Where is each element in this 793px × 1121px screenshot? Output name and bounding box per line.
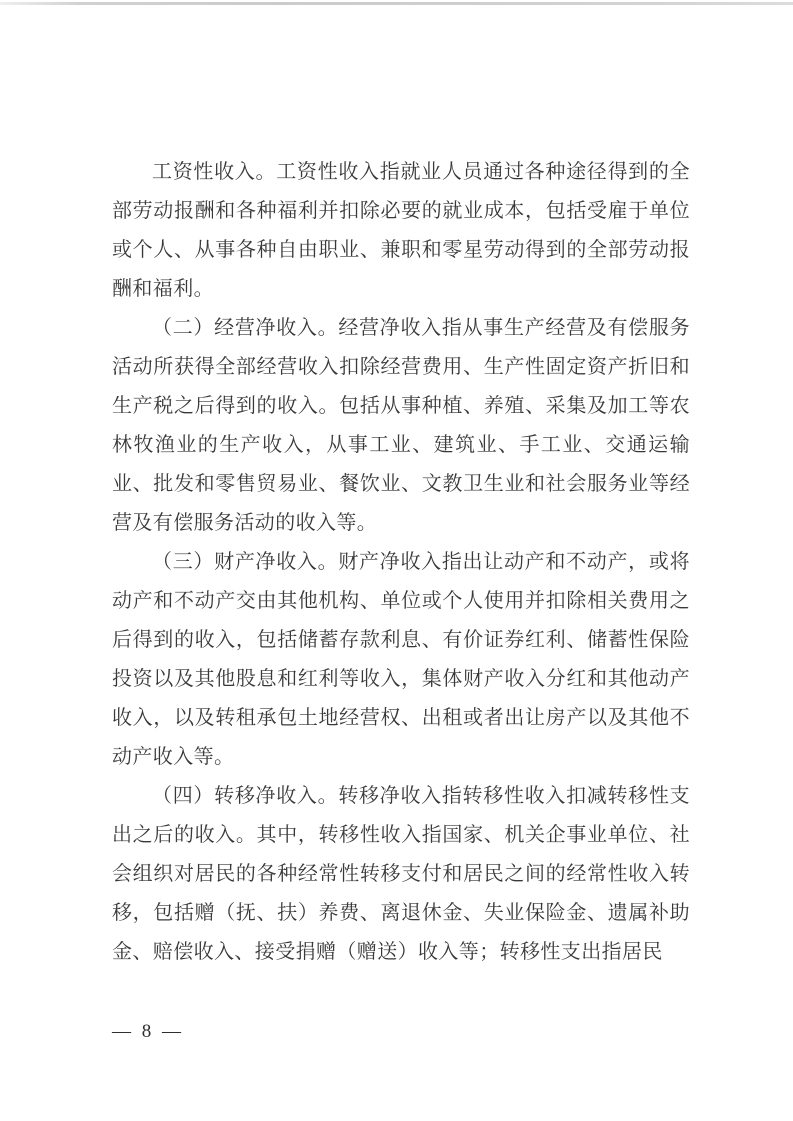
paragraph-wage-income: 工资性收入。工资性收入指就业人员通过各种途径得到的全部劳动报酬和各种福利并扣除必… xyxy=(112,153,690,309)
document-body: 工资性收入。工资性收入指就业人员通过各种途径得到的全部劳动报酬和各种福利并扣除必… xyxy=(112,153,690,972)
page-number: — 8 — xyxy=(112,1016,184,1048)
paragraph-property-net-income: （三）财产净收入。财产净收入指出让动产和不动产，或将动产和不动产交由其他机构、单… xyxy=(112,543,690,777)
paragraph-transfer-net-income: （四）转移净收入。转移净收入指转移性收入扣减转移性支出之后的收入。其中，转移性收… xyxy=(112,777,690,972)
scanned-document-page: 工资性收入。工资性收入指就业人员通过各种途径得到的全部劳动报酬和各种福利并扣除必… xyxy=(0,0,793,1121)
scan-artifact-top-edge xyxy=(0,2,793,5)
paragraph-operating-net-income: （二）经营净收入。经营净收入指从事生产经营及有偿服务活动所获得全部经营收入扣除经… xyxy=(112,309,690,543)
